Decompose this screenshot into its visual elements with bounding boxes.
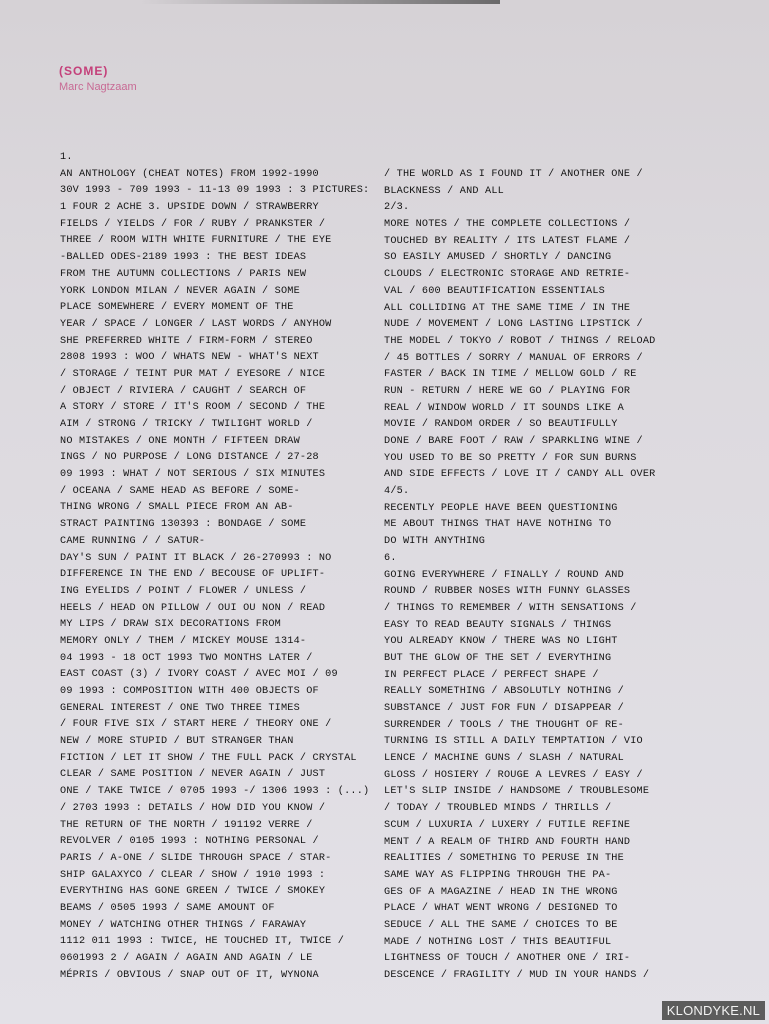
text-line: CLEAR / SAME POSITION / NEVER AGAIN / JU… [60, 767, 380, 784]
text-column-right: / THE WORLD AS I FOUND IT / ANOTHER ONE … [384, 167, 709, 985]
text-line: BUT THE GLOW OF THE SET / EVERYTHING [384, 651, 709, 668]
text-line: REAL / WINDOW WORLD / IT SOUNDS LIKE A [384, 401, 709, 418]
text-line: 09 1993 : WHAT / NOT SERIOUS / SIX MINUT… [60, 467, 380, 484]
text-line: AND SIDE EFFECTS / LOVE IT / CANDY ALL O… [384, 467, 709, 484]
text-line: 4/5. [384, 484, 709, 501]
text-line: / STORAGE / TEINT PUR MAT / EYESORE / NI… [60, 367, 380, 384]
text-line: 2/3. [384, 200, 709, 217]
text-line: ALL COLLIDING AT THE SAME TIME / IN THE [384, 301, 709, 318]
text-line: TURNING IS STILL A DAILY TEMPTATION / VI… [384, 734, 709, 751]
text-line: SHIP GALAXYCO / CLEAR / SHOW / 1910 1993… [60, 868, 380, 885]
text-line: 09 1993 : COMPOSITION WITH 400 OBJECTS O… [60, 684, 380, 701]
text-line: TOUCHED BY REALITY / ITS LATEST FLAME / [384, 234, 709, 251]
text-line: / OCEANA / SAME HEAD AS BEFORE / SOME- [60, 484, 380, 501]
text-line: LIGHTNESS OF TOUCH / ANOTHER ONE / IRI- [384, 951, 709, 968]
text-line: -BALLED ODES-2189 1993 : THE BEST IDEAS [60, 250, 380, 267]
text-line: / THINGS TO REMEMBER / WITH SENSATIONS / [384, 601, 709, 618]
text-line: REALLY SOMETHING / ABSOLUTLY NOTHING / [384, 684, 709, 701]
watermark: KLONDYKE.NL [662, 1001, 765, 1020]
page-edge-shadow [140, 0, 500, 4]
text-line: 6. [384, 551, 709, 568]
right-column-lines: / THE WORLD AS I FOUND IT / ANOTHER ONE … [384, 167, 709, 985]
text-line: INGS / NO PURPOSE / LONG DISTANCE / 27-2… [60, 450, 380, 467]
text-line: MY LIPS / DRAW SIX DECORATIONS FROM [60, 617, 380, 634]
text-line: HEELS / HEAD ON PILLOW / OUI OU NON / RE… [60, 601, 380, 618]
text-line: MEMORY ONLY / THEM / MICKEY MOUSE 1314- [60, 634, 380, 651]
text-line: GLOSS / HOSIERY / ROUGE A LEVRES / EASY … [384, 768, 709, 785]
text-line: 0601993 2 / AGAIN / AGAIN AND AGAIN / LE [60, 951, 380, 968]
text-line: MOVIE / RANDOM ORDER / SO BEAUTIFULLY [384, 417, 709, 434]
text-line: MADE / NOTHING LOST / THIS BEAUTIFUL [384, 935, 709, 952]
text-line: RECENTLY PEOPLE HAVE BEEN QUESTIONING [384, 501, 709, 518]
text-line: FASTER / BACK IN TIME / MELLOW GOLD / RE [384, 367, 709, 384]
text-line: GENERAL INTEREST / ONE TWO THREE TIMES [60, 701, 380, 718]
text-line: / THE WORLD AS I FOUND IT / ANOTHER ONE … [384, 167, 709, 184]
text-line: IN PERFECT PLACE / PERFECT SHAPE / [384, 668, 709, 685]
text-line: SCUM / LUXURIA / LUXERY / FUTILE REFINE [384, 818, 709, 835]
text-line: DONE / BARE FOOT / RAW / SPARKLING WINE … [384, 434, 709, 451]
text-line: MONEY / WATCHING OTHER THINGS / FARAWAY [60, 918, 380, 935]
text-line: GOING EVERYWHERE / FINALLY / ROUND AND [384, 568, 709, 585]
text-line: MORE NOTES / THE COMPLETE COLLECTIONS / [384, 217, 709, 234]
text-line: SURRENDER / TOOLS / THE THOUGHT OF RE- [384, 718, 709, 735]
text-line: NUDE / MOVEMENT / LONG LASTING LIPSTICK … [384, 317, 709, 334]
text-line: NEW / MORE STUPID / BUT STRANGER THAN [60, 734, 380, 751]
text-line: BLACKNESS / AND ALL [384, 184, 709, 201]
text-line: REALITIES / SOMETHING TO PERUSE IN THE [384, 851, 709, 868]
text-line: YORK LONDON MILAN / NEVER AGAIN / SOME [60, 284, 380, 301]
text-line: EVERYTHING HAS GONE GREEN / TWICE / SMOK… [60, 884, 380, 901]
text-line: LET'S SLIP INSIDE / HANDSOME / TROUBLESO… [384, 784, 709, 801]
text-line: THE RETURN OF THE NORTH / 191192 VERRE / [60, 818, 380, 835]
text-line: SAME WAY AS FLIPPING THROUGH THE PA- [384, 868, 709, 885]
text-line: EASY TO READ BEAUTY SIGNALS / THINGS [384, 618, 709, 635]
text-line: PARIS / A-ONE / SLIDE THROUGH SPACE / ST… [60, 851, 380, 868]
text-line: 04 1993 - 18 OCT 1993 TWO MONTHS LATER / [60, 651, 380, 668]
text-line: THE MODEL / TOKYO / ROBOT / THINGS / REL… [384, 334, 709, 351]
text-line: ONE / TAKE TWICE / 0705 1993 -/ 1306 199… [60, 784, 380, 801]
text-line: 2808 1993 : WOO / WHATS NEW - WHAT'S NEX… [60, 350, 380, 367]
text-line: YOU ALREADY KNOW / THERE WAS NO LIGHT [384, 634, 709, 651]
text-line: AN ANTHOLOGY (CHEAT NOTES) FROM 1992-199… [60, 167, 380, 184]
text-line: / TODAY / TROUBLED MINDS / THRILLS / [384, 801, 709, 818]
text-line: A STORY / STORE / IT'S ROOM / SECOND / T… [60, 400, 380, 417]
text-line: / FOUR FIVE SIX / START HERE / THEORY ON… [60, 717, 380, 734]
text-line: CLOUDS / ELECTRONIC STORAGE AND RETRIE- [384, 267, 709, 284]
text-line: PLACE SOMEWHERE / EVERY MOMENT OF THE [60, 300, 380, 317]
left-column-lines: AN ANTHOLOGY (CHEAT NOTES) FROM 1992-199… [60, 167, 380, 985]
text-line: 1 FOUR 2 ACHE 3. UPSIDE DOWN / STRAWBERR… [60, 200, 380, 217]
text-line: YOU USED TO BE SO PRETTY / FOR SUN BURNS [384, 451, 709, 468]
text-line: FROM THE AUTUMN COLLECTIONS / PARIS NEW [60, 267, 380, 284]
text-line: GES OF A MAGAZINE / HEAD IN THE WRONG [384, 885, 709, 902]
text-line: PLACE / WHAT WENT WRONG / DESIGNED TO [384, 901, 709, 918]
text-line: SUBSTANCE / JUST FOR FUN / DISAPPEAR / [384, 701, 709, 718]
text-line: SEDUCE / ALL THE SAME / CHOICES TO BE [384, 918, 709, 935]
text-line: STRACT PAINTING 130393 : BONDAGE / SOME [60, 517, 380, 534]
section-number: 1. [60, 150, 380, 167]
book-title: (SOME) [59, 64, 108, 78]
text-line: DESCENCE / FRAGILITY / MUD IN YOUR HANDS… [384, 968, 709, 985]
text-line: ROUND / RUBBER NOSES WITH FUNNY GLASSES [384, 584, 709, 601]
text-line: 30V 1993 - 709 1993 - 11-13 09 1993 : 3 … [60, 183, 380, 200]
text-line: RUN - RETURN / HERE WE GO / PLAYING FOR [384, 384, 709, 401]
text-line: DIFFERENCE IN THE END / BECOUSE OF UPLIF… [60, 567, 380, 584]
text-column-left: 1. AN ANTHOLOGY (CHEAT NOTES) FROM 1992-… [60, 150, 380, 984]
text-line: SO EASILY AMUSED / SHORTLY / DANCING [384, 250, 709, 267]
text-line: EAST COAST (3) / IVORY COAST / AVEC MOI … [60, 667, 380, 684]
text-line: SHE PREFERRED WHITE / FIRM-FORM / STEREO [60, 334, 380, 351]
text-line: YEAR / SPACE / LONGER / LAST WORDS / ANY… [60, 317, 380, 334]
text-line: BEAMS / 0505 1993 / SAME AMOUNT OF [60, 901, 380, 918]
text-line: DAY'S SUN / PAINT IT BLACK / 26-270993 :… [60, 551, 380, 568]
text-line: MENT / A REALM OF THIRD AND FOURTH HAND [384, 835, 709, 852]
text-line: DO WITH ANYTHING [384, 534, 709, 551]
text-line: MÉPRIS / OBVIOUS / SNAP OUT OF IT, WYNON… [60, 968, 380, 985]
text-line: FICTION / LET IT SHOW / THE FULL PACK / … [60, 751, 380, 768]
text-line: VAL / 600 BEAUTIFICATION ESSENTIALS [384, 284, 709, 301]
text-line: 1112 011 1993 : TWICE, HE TOUCHED IT, TW… [60, 934, 380, 951]
text-line: FIELDS / YIELDS / FOR / RUBY / PRANKSTER… [60, 217, 380, 234]
text-line: / 2703 1993 : DETAILS / HOW DID YOU KNOW… [60, 801, 380, 818]
text-line: REVOLVER / 0105 1993 : NOTHING PERSONAL … [60, 834, 380, 851]
book-page: (SOME) Marc Nagtzaam 1. AN ANTHOLOGY (CH… [0, 0, 769, 1024]
text-line: AIM / STRONG / TRICKY / TWILIGHT WORLD / [60, 417, 380, 434]
book-author: Marc Nagtzaam [59, 81, 137, 93]
text-line: LENCE / MACHINE GUNS / SLASH / NATURAL [384, 751, 709, 768]
text-line: THING WRONG / SMALL PIECE FROM AN AB- [60, 500, 380, 517]
text-line: / OBJECT / RIVIERA / CAUGHT / SEARCH OF [60, 384, 380, 401]
text-line: THREE / ROOM WITH WHITE FURNITURE / THE … [60, 233, 380, 250]
text-line: NO MISTAKES / ONE MONTH / FIFTEEN DRAW [60, 434, 380, 451]
text-line: ING EYELIDS / POINT / FLOWER / UNLESS / [60, 584, 380, 601]
text-line: / 45 BOTTLES / SORRY / MANUAL OF ERRORS … [384, 351, 709, 368]
text-line: CAME RUNNING / / SATUR- [60, 534, 380, 551]
text-line: ME ABOUT THINGS THAT HAVE NOTHING TO [384, 517, 709, 534]
